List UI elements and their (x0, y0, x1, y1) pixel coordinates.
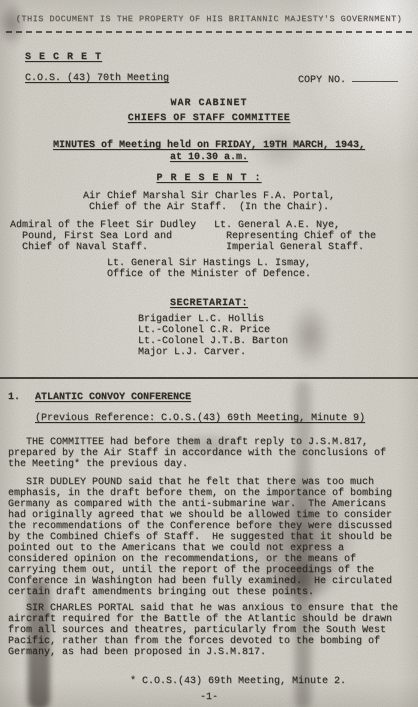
classification-underline (6, 31, 412, 33)
minute-paragraph-1: THE COMMITTEE had before them a draft re… (8, 437, 410, 470)
attendee-line: Admiral of the Fleet Sir Dudley (10, 220, 208, 231)
secretariat-member: Lt.-Colonel C.R. Price (138, 325, 288, 336)
corner-smudge (0, 0, 32, 54)
attendee-right-column: Lt. General A.E. Nye, Representing Chief… (214, 220, 414, 253)
minute-number: 1. (8, 392, 20, 403)
attendee-line: Chief of Naval Staff. (10, 242, 208, 253)
copy-number-blank (352, 73, 398, 82)
attendee-line: Pound, First Sea Lord and (10, 231, 208, 242)
scanned-document-page: (THIS DOCUMENT IS THE PROPERTY OF HIS BR… (0, 0, 418, 707)
attendee-ismay-line2: Office of the Minister of Defence. (0, 269, 418, 280)
minutes-heading-line1: MINUTES of Meeting held on FRIDAY, 19TH … (0, 140, 418, 151)
secret-classification: S E C R E T (25, 52, 102, 63)
minute-paragraph-3: SIR CHARLES PORTAL said that he was anxi… (8, 603, 410, 658)
attendee-line: Imperial General Staff. (214, 242, 414, 253)
property-classification-line: (THIS DOCUMENT IS THE PROPERTY OF HIS BR… (0, 14, 418, 24)
attendee-line: Lt. General A.E. Nye, (214, 220, 414, 231)
secretariat-label: SECRETARIAT: (0, 298, 418, 309)
page-number: -1- (0, 692, 418, 703)
chairman-line2: Chief of the Air Staff. (In the Chair). (0, 202, 418, 213)
attendee-line: Representing Chief of the (214, 231, 414, 242)
attendee-left-column: Admiral of the Fleet Sir Dudley Pound, F… (10, 220, 208, 253)
secretariat-member: Brigadier L.C. Hollis (138, 314, 288, 325)
minute-title: ATLANTIC CONVOY CONFERENCE (35, 392, 191, 403)
chairman-line1: Air Chief Marshal Sir Charles F.A. Porta… (0, 191, 418, 202)
minute-paragraph-2: SIR DUDLEY POUND said that he felt that … (8, 477, 410, 598)
footnote: * C.O.S.(43) 69th Meeting, Minute 2. (130, 676, 346, 687)
attendee-ismay-line1: Lt. General Sir Hastings L. Ismay, (0, 258, 418, 269)
present-label: P R E S E N T : (0, 173, 418, 184)
section-divider-rule (0, 377, 418, 379)
copy-number-label: COPY NO. (298, 75, 346, 86)
org-title: WAR CABINET (0, 98, 418, 109)
previous-reference: (Previous Reference: C.O.S.(43) 69th Mee… (35, 413, 365, 424)
secretariat-member: Major L.J. Carver. (138, 347, 288, 358)
meeting-reference: C.O.S. (43) 70th Meeting (25, 73, 169, 84)
secretariat-list: Brigadier L.C. Hollis Lt.-Colonel C.R. P… (138, 314, 288, 358)
copy-number: COPY NO. (298, 73, 398, 86)
committee-title: CHIEFS OF STAFF COMMITTEE (0, 113, 418, 124)
minutes-heading-line2: at 10.30 a.m. (0, 152, 418, 163)
secretariat-member: Lt.-Colonel J.T.B. Barton (138, 336, 288, 347)
